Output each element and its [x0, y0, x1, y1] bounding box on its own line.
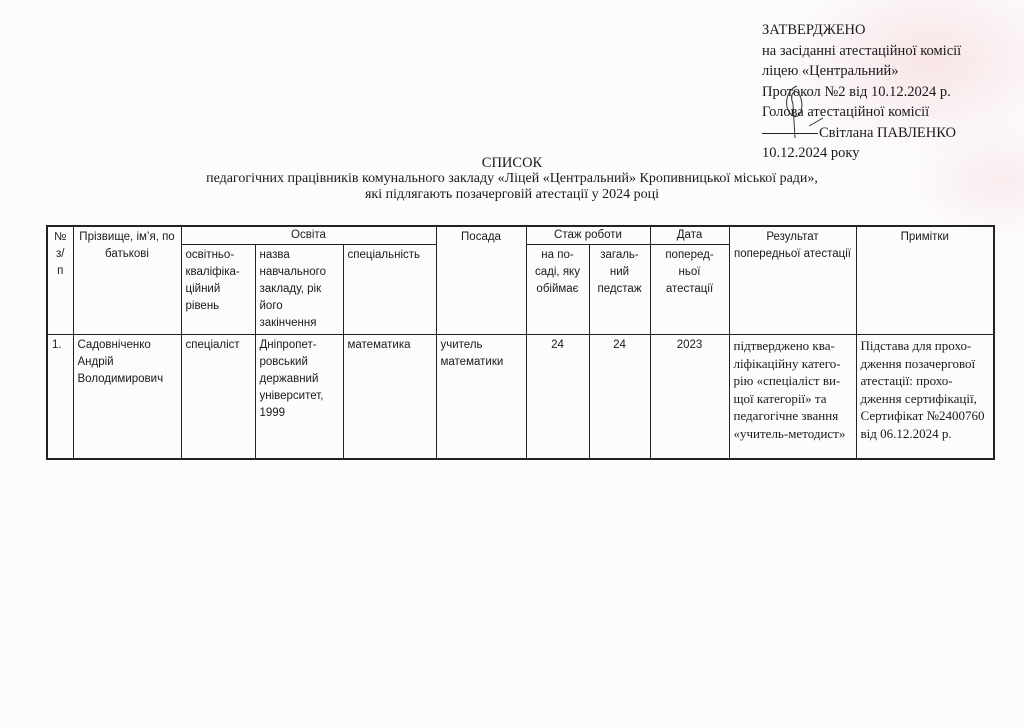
header-name: Прізвище, ім’я, по батькові	[73, 226, 181, 335]
header-notes: Примітки	[856, 226, 994, 335]
cell-edu-specialty: математика	[343, 335, 436, 459]
header-result-prev: Результат попередньої атестації	[729, 226, 856, 335]
cell-position: учитель математики	[436, 335, 526, 459]
header-experience: Стаж роботи	[526, 226, 650, 245]
cell-exp-position: 24	[526, 335, 589, 459]
title-heading: СПИСОК	[0, 155, 1024, 171]
cell-date-prev: 2023	[650, 335, 729, 459]
cell-name: Садовніченко Андрій Володимирович	[73, 335, 181, 459]
header-exp-position: на по-саді, яку обіймає	[526, 245, 589, 335]
header-edu-specialty: спеціальність	[343, 245, 436, 335]
header-education: Освіта	[181, 226, 436, 245]
attestation-table: № з/ п Прізвище, ім’я, по батькові Освіт…	[46, 225, 995, 460]
cell-edu-level: спеціаліст	[181, 335, 255, 459]
cell-number: 1.	[47, 335, 73, 459]
title-line-1: педагогічних працівників комунального за…	[0, 171, 1024, 187]
approval-line: на засіданні атестаційної комісії	[762, 41, 961, 62]
approval-protocol: Протокол №2 від 10.12.2024 р.	[762, 82, 961, 103]
header-edu-level: освітньо-кваліфіка-ційний рівень	[181, 245, 255, 335]
approval-stamp: ЗАТВЕРДЖЕНО на засіданні атестаційної ко…	[762, 20, 961, 164]
signature-line	[762, 133, 818, 134]
header-number: № з/ п	[47, 226, 73, 335]
title-line-2: які підлягають позачерговій атестації у …	[0, 187, 1024, 203]
document-title: СПИСОК педагогічних працівників комуналь…	[0, 155, 1024, 203]
approval-line: ліцею «Центральний»	[762, 61, 961, 82]
approval-line: Голова атестаційної комісії	[762, 102, 961, 123]
header-date-prev: поперед-ньої атестації	[650, 245, 729, 335]
approval-signer-line: Світлана ПАВЛЕНКО	[762, 123, 961, 144]
cell-notes: Підстава для прохо-дження позачергової а…	[856, 335, 994, 459]
document-page: ЗАТВЕРДЖЕНО на засіданні атестаційної ко…	[0, 0, 1024, 727]
header-date: Дата	[650, 226, 729, 245]
header-edu-institution: назва навчального закладу, рік його закі…	[255, 245, 343, 335]
header-exp-total: загаль-ний педстаж	[589, 245, 650, 335]
header-position: Посада	[436, 226, 526, 335]
cell-edu-institution: Дніпропет-ровський державний університет…	[255, 335, 343, 459]
approval-signer: Світлана ПАВЛЕНКО	[819, 125, 956, 141]
approval-heading: ЗАТВЕРДЖЕНО	[762, 20, 961, 41]
cell-exp-total: 24	[589, 335, 650, 459]
table-row: 1. Садовніченко Андрій Володимирович спе…	[47, 335, 994, 459]
cell-result-prev: підтверджено ква-ліфікаційну катего-рію …	[729, 335, 856, 459]
